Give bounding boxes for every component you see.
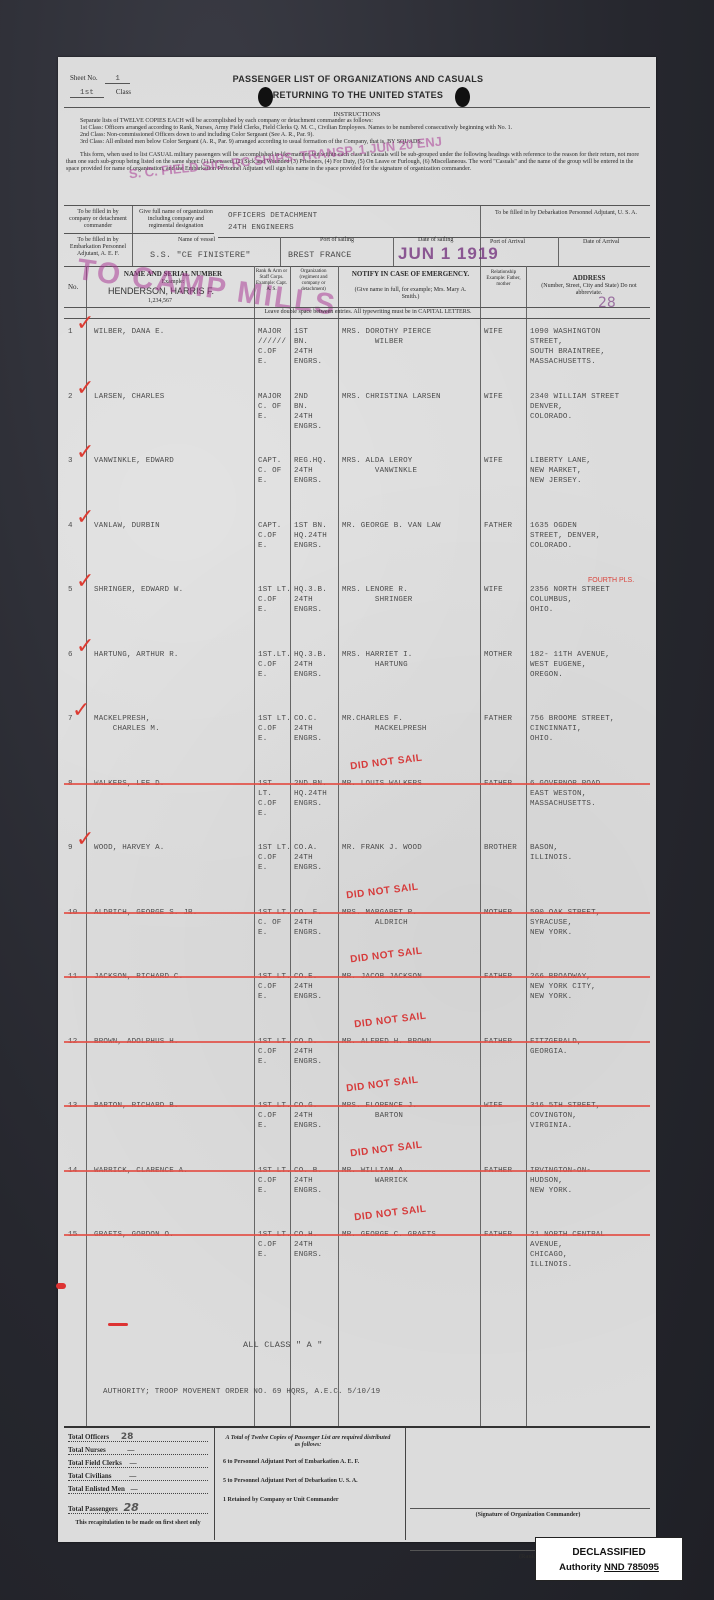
vessel-label: Name of vessel bbox=[178, 237, 215, 244]
row-relationship: FATHER bbox=[484, 521, 512, 531]
row-relationship: BROTHER bbox=[484, 843, 517, 853]
strikethrough-line bbox=[64, 1105, 650, 1107]
row-address: 1635 OGDEN STREET, DENVER, COLORADO. bbox=[530, 521, 601, 551]
row-notify: MRS. FLORENCE J. BARTON bbox=[342, 1101, 417, 1121]
table-row: 8WALKERS, LEE D.1ST LT. C.OF E.2ND.BN. H… bbox=[58, 779, 656, 839]
row-name: VANWINKLE, EDWARD bbox=[94, 456, 174, 466]
vessel-value: S.S. "CE FINISTERE" bbox=[150, 250, 251, 260]
typing-note: Leave double space between entries. All … bbox=[86, 309, 650, 316]
row-name: MACKELPRESH, CHARLES M. bbox=[94, 714, 160, 734]
row-address: 2356 NORTH STREET COLUMBUS, OHIO. bbox=[530, 585, 610, 615]
total-passengers-value: 28 bbox=[123, 1501, 138, 1514]
row-no: 5 bbox=[68, 585, 73, 595]
distribution-heading: A Total of Twelve Copies of Passenger Li… bbox=[223, 1435, 393, 1449]
org-label: Give full name of organization including… bbox=[136, 209, 216, 230]
row-rank: CAPT. C.OF E. bbox=[258, 521, 282, 551]
total-enlisted-value: — bbox=[131, 1485, 138, 1493]
checkmark-icon: ✓ bbox=[72, 700, 90, 722]
row-org: HQ.3.B. 24TH ENGRS. bbox=[294, 585, 327, 615]
row-name: SHRINGER, EDWARD W. bbox=[94, 585, 183, 595]
handwritten-correction: FOURTH PLS. bbox=[588, 577, 634, 584]
row-notify: MRS. DOROTHY PIERCE WILBER bbox=[342, 327, 431, 347]
total-civilians-value: — bbox=[129, 1472, 136, 1480]
row-relationship: WIFE bbox=[484, 456, 503, 466]
checkmark-icon: ✓ bbox=[76, 636, 94, 658]
row-no: 2 bbox=[68, 392, 73, 402]
row-no: 4 bbox=[68, 521, 73, 531]
table-row: 6HARTUNG, ARTHUR R.1ST.LT. C.OF E.HQ.3.B… bbox=[58, 650, 656, 710]
row-relationship: WIFE bbox=[484, 392, 503, 402]
row-notify: MR.CHARLES F. MACKELPRESH bbox=[342, 714, 427, 734]
instructions-heading: INSTRUCTIONS bbox=[66, 111, 648, 118]
row-name: VANLAW, DURBIN bbox=[94, 521, 160, 531]
row-rank: 1ST LT. C.OF E. bbox=[258, 714, 291, 744]
distribution-item: 6 to Personnel Adjutant Port of Embarkat… bbox=[223, 1459, 393, 1466]
distribution-item: 5 to Personnel Adjutant Port of Debarkat… bbox=[223, 1478, 393, 1485]
row-address: FITZGERALD, GEORGIA. bbox=[530, 1037, 582, 1057]
debark-label: To be filled in by Debarkation Personnel… bbox=[486, 210, 646, 217]
row-no: 9 bbox=[68, 843, 73, 853]
checkmark-icon: ✓ bbox=[76, 571, 94, 593]
date-received-stamp: JUN 1 1919 bbox=[398, 244, 499, 264]
strikethrough-line bbox=[64, 1041, 650, 1043]
checkmark-icon: ✓ bbox=[76, 378, 94, 400]
table-row: 3VANWINKLE, EDWARDCAPT. C. OF E.REG.HQ. … bbox=[58, 456, 656, 516]
row-org: CO.A. 24TH ENGRS. bbox=[294, 843, 322, 873]
col-address: ADDRESS bbox=[528, 274, 650, 282]
table-row: 4VANLAW, DURBINCAPT. C.OF E.1ST BN. HQ.2… bbox=[58, 521, 656, 581]
row-org: 1ST BN. HQ.24TH ENGRS. bbox=[294, 521, 327, 551]
form-subtitle: RETURNING TO THE UNITED STATES bbox=[158, 90, 558, 100]
company-fill-label: To be filled in by company or detachment… bbox=[66, 209, 130, 230]
port-sailing-value: BREST FRANCE bbox=[288, 250, 352, 260]
col-address-sub: (Number, Street, City and State) Do not … bbox=[528, 283, 650, 297]
total-field-clerks-value: — bbox=[130, 1459, 137, 1467]
row-rank: 1ST LT. C.OF E. bbox=[258, 843, 291, 873]
recap-note: This recapitulation to be made on first … bbox=[68, 1520, 208, 1527]
row-address: 2340 WILLIAM STREET DENVER, COLORADO. bbox=[530, 392, 619, 422]
row-name: LARSEN, CHARLES bbox=[94, 392, 165, 402]
row-rank: MAJOR C. OF E. bbox=[258, 392, 282, 422]
sheet-no: Sheet No. 1 bbox=[70, 74, 130, 84]
row-rank: 1ST LT. C.OF E. bbox=[258, 585, 291, 615]
row-org: CO.C. 24TH ENGRS. bbox=[294, 714, 322, 744]
totals-block: Total Officers 28 Total Nurses — Total F… bbox=[68, 1433, 208, 1527]
row-name: HARTUNG, ARTHUR R. bbox=[94, 650, 179, 660]
org-name-line2: 24TH ENGINEERS bbox=[228, 223, 294, 233]
row-no: 6 bbox=[68, 650, 73, 660]
distribution-item: 1 Retained by Company or Unit Commander bbox=[223, 1497, 393, 1504]
row-no: 3 bbox=[68, 456, 73, 466]
strikethrough-line bbox=[64, 976, 650, 978]
row-name: WILBER, DANA E. bbox=[94, 327, 165, 337]
signature-label: (Signature of Organization Commander) bbox=[408, 1512, 648, 1519]
instructions-intro: Separate lists of TWELVE COPIES EACH wil… bbox=[66, 118, 648, 125]
org-name-line1: OFFICERS DETACHMENT bbox=[228, 211, 317, 221]
row-rank: MAJOR ////// C.OF E. bbox=[258, 327, 291, 367]
row-notify: MRS. MARGARET P. ALDRICH bbox=[342, 908, 417, 928]
authority-value: NND 785095 bbox=[604, 1562, 659, 1573]
col-rank: Rank & Arm or Staff Corps. Example: Capt… bbox=[255, 269, 288, 293]
form-title: PASSENGER LIST OF ORGANIZATIONS AND CASU… bbox=[158, 74, 558, 84]
class-field: 1st Class bbox=[70, 88, 131, 98]
table-row: 2LARSEN, CHARLESMAJOR C. OF E.2ND BN. 24… bbox=[58, 392, 656, 452]
row-notify: MR. GEORGE B. VAN LAW bbox=[342, 521, 441, 531]
table-row: 15GRAFTS, GORDON O.1ST LT. C.OF E.CO.H. … bbox=[58, 1230, 656, 1290]
col-org: Organization (regiment and company or de… bbox=[291, 269, 336, 293]
row-address: 756 BROOME STREET, CINCINNATI, OHIO. bbox=[530, 714, 615, 744]
strikethrough-line bbox=[64, 1234, 650, 1236]
authority-label: Authority bbox=[559, 1562, 601, 1573]
row-name: WOOD, HARVEY A. bbox=[94, 843, 165, 853]
instructions-second-class: 2nd Class: Non-commissioned Officers dow… bbox=[66, 132, 648, 139]
port-arrival-label: Port of Arrival bbox=[490, 239, 525, 246]
row-no: 1 bbox=[68, 327, 73, 337]
row-notify: MRS. HARRIET I. HARTUNG bbox=[342, 650, 413, 670]
table-row: 5SHRINGER, EDWARD W.1ST LT. C.OF E.HQ.3.… bbox=[58, 585, 656, 645]
row-org: HQ.3.B. 24TH ENGRS. bbox=[294, 650, 327, 680]
row-notify: MR. WILLIAM A. WARRICK bbox=[342, 1166, 408, 1186]
col-notify-example: (Give name in full, for example; Mrs. Ma… bbox=[348, 287, 473, 301]
row-relationship: WIFE bbox=[484, 585, 503, 595]
checkmark-icon: ✓ bbox=[76, 313, 94, 335]
checkmark-icon: ✓ bbox=[76, 507, 94, 529]
declassified-stamp: DECLASSIFIED Authority NND 785095 bbox=[535, 1537, 683, 1581]
row-address: 182- 11TH AVENUE, WEST EUGENE, OREGON. bbox=[530, 650, 610, 680]
date-sailing-label: Date of sailing bbox=[418, 237, 453, 244]
row-notify: MRS. ALDA LEROY VANWINKLE bbox=[342, 456, 417, 476]
checkmark-icon: ✓ bbox=[76, 829, 94, 851]
passenger-list-sheet: Sheet No. 1 1st Class PASSENGER LIST OF … bbox=[58, 57, 656, 1542]
row-address: LIBERTY LANE, NEW MARKET, NEW JERSEY. bbox=[530, 456, 591, 486]
row-rank: 1ST LT. C.OF E. bbox=[258, 779, 277, 819]
distribution-block: A Total of Twelve Copies of Passenger Li… bbox=[223, 1435, 393, 1504]
total-officers-value: 28 bbox=[121, 1432, 134, 1442]
red-ink-mark bbox=[108, 1323, 128, 1326]
col-relationship: Relationship Example: Father, mother bbox=[481, 270, 526, 288]
row-address: 21 NORTH CENTRAL AVENUE, CHICAGO, ILLINO… bbox=[530, 1230, 605, 1270]
table-row: 1WILBER, DANA E.MAJOR ////// C.OF E.1ST … bbox=[58, 327, 656, 387]
strikethrough-line bbox=[64, 912, 650, 914]
red-ink-mark bbox=[56, 1283, 66, 1289]
row-address: 1090 WASHINGTON STREET, SOUTH BRAINTREE,… bbox=[530, 327, 605, 367]
declassified-label: DECLASSIFIED bbox=[536, 1547, 682, 1558]
row-rank: CAPT. C. OF E. bbox=[258, 456, 282, 486]
row-relationship: FATHER bbox=[484, 714, 512, 724]
date-arrival-label: Date of Arrival bbox=[583, 239, 619, 246]
row-notify: MRS. LENORE R. SHRINGER bbox=[342, 585, 413, 605]
row-relationship: MOTHER bbox=[484, 650, 512, 660]
row-relationship: WIFE bbox=[484, 327, 503, 337]
row-org: REG.HQ. 24TH ENGRS. bbox=[294, 456, 327, 486]
row-rank: 1ST.LT. C.OF E. bbox=[258, 650, 291, 680]
row-notify: MRS. CHRISTINA LARSEN bbox=[342, 392, 441, 402]
port-sailing-label: Port of sailing bbox=[320, 237, 354, 244]
col-notify: NOTIFY IN CASE OF EMERGENCY. bbox=[348, 270, 473, 278]
strikethrough-line bbox=[64, 783, 650, 785]
row-notify: MR. FRANK J. WOOD bbox=[342, 843, 422, 853]
strikethrough-line bbox=[64, 1170, 650, 1172]
row-org: 2ND BN. 24TH ENGRS. bbox=[294, 392, 322, 432]
row-address: BASON, ILLINOIS. bbox=[530, 843, 572, 863]
instructions-first-class: 1st Class: Officers arranged according t… bbox=[66, 125, 648, 132]
total-nurses-value: — bbox=[127, 1446, 134, 1454]
class-note: ALL CLASS " A " bbox=[243, 1340, 323, 1350]
authority-note: AUTHORITY; TROOP MOVEMENT ORDER NO. 69 H… bbox=[103, 1387, 380, 1397]
row-org: 1ST BN. 24TH ENGRS. bbox=[294, 327, 322, 367]
checkmark-icon: ✓ bbox=[76, 442, 94, 464]
